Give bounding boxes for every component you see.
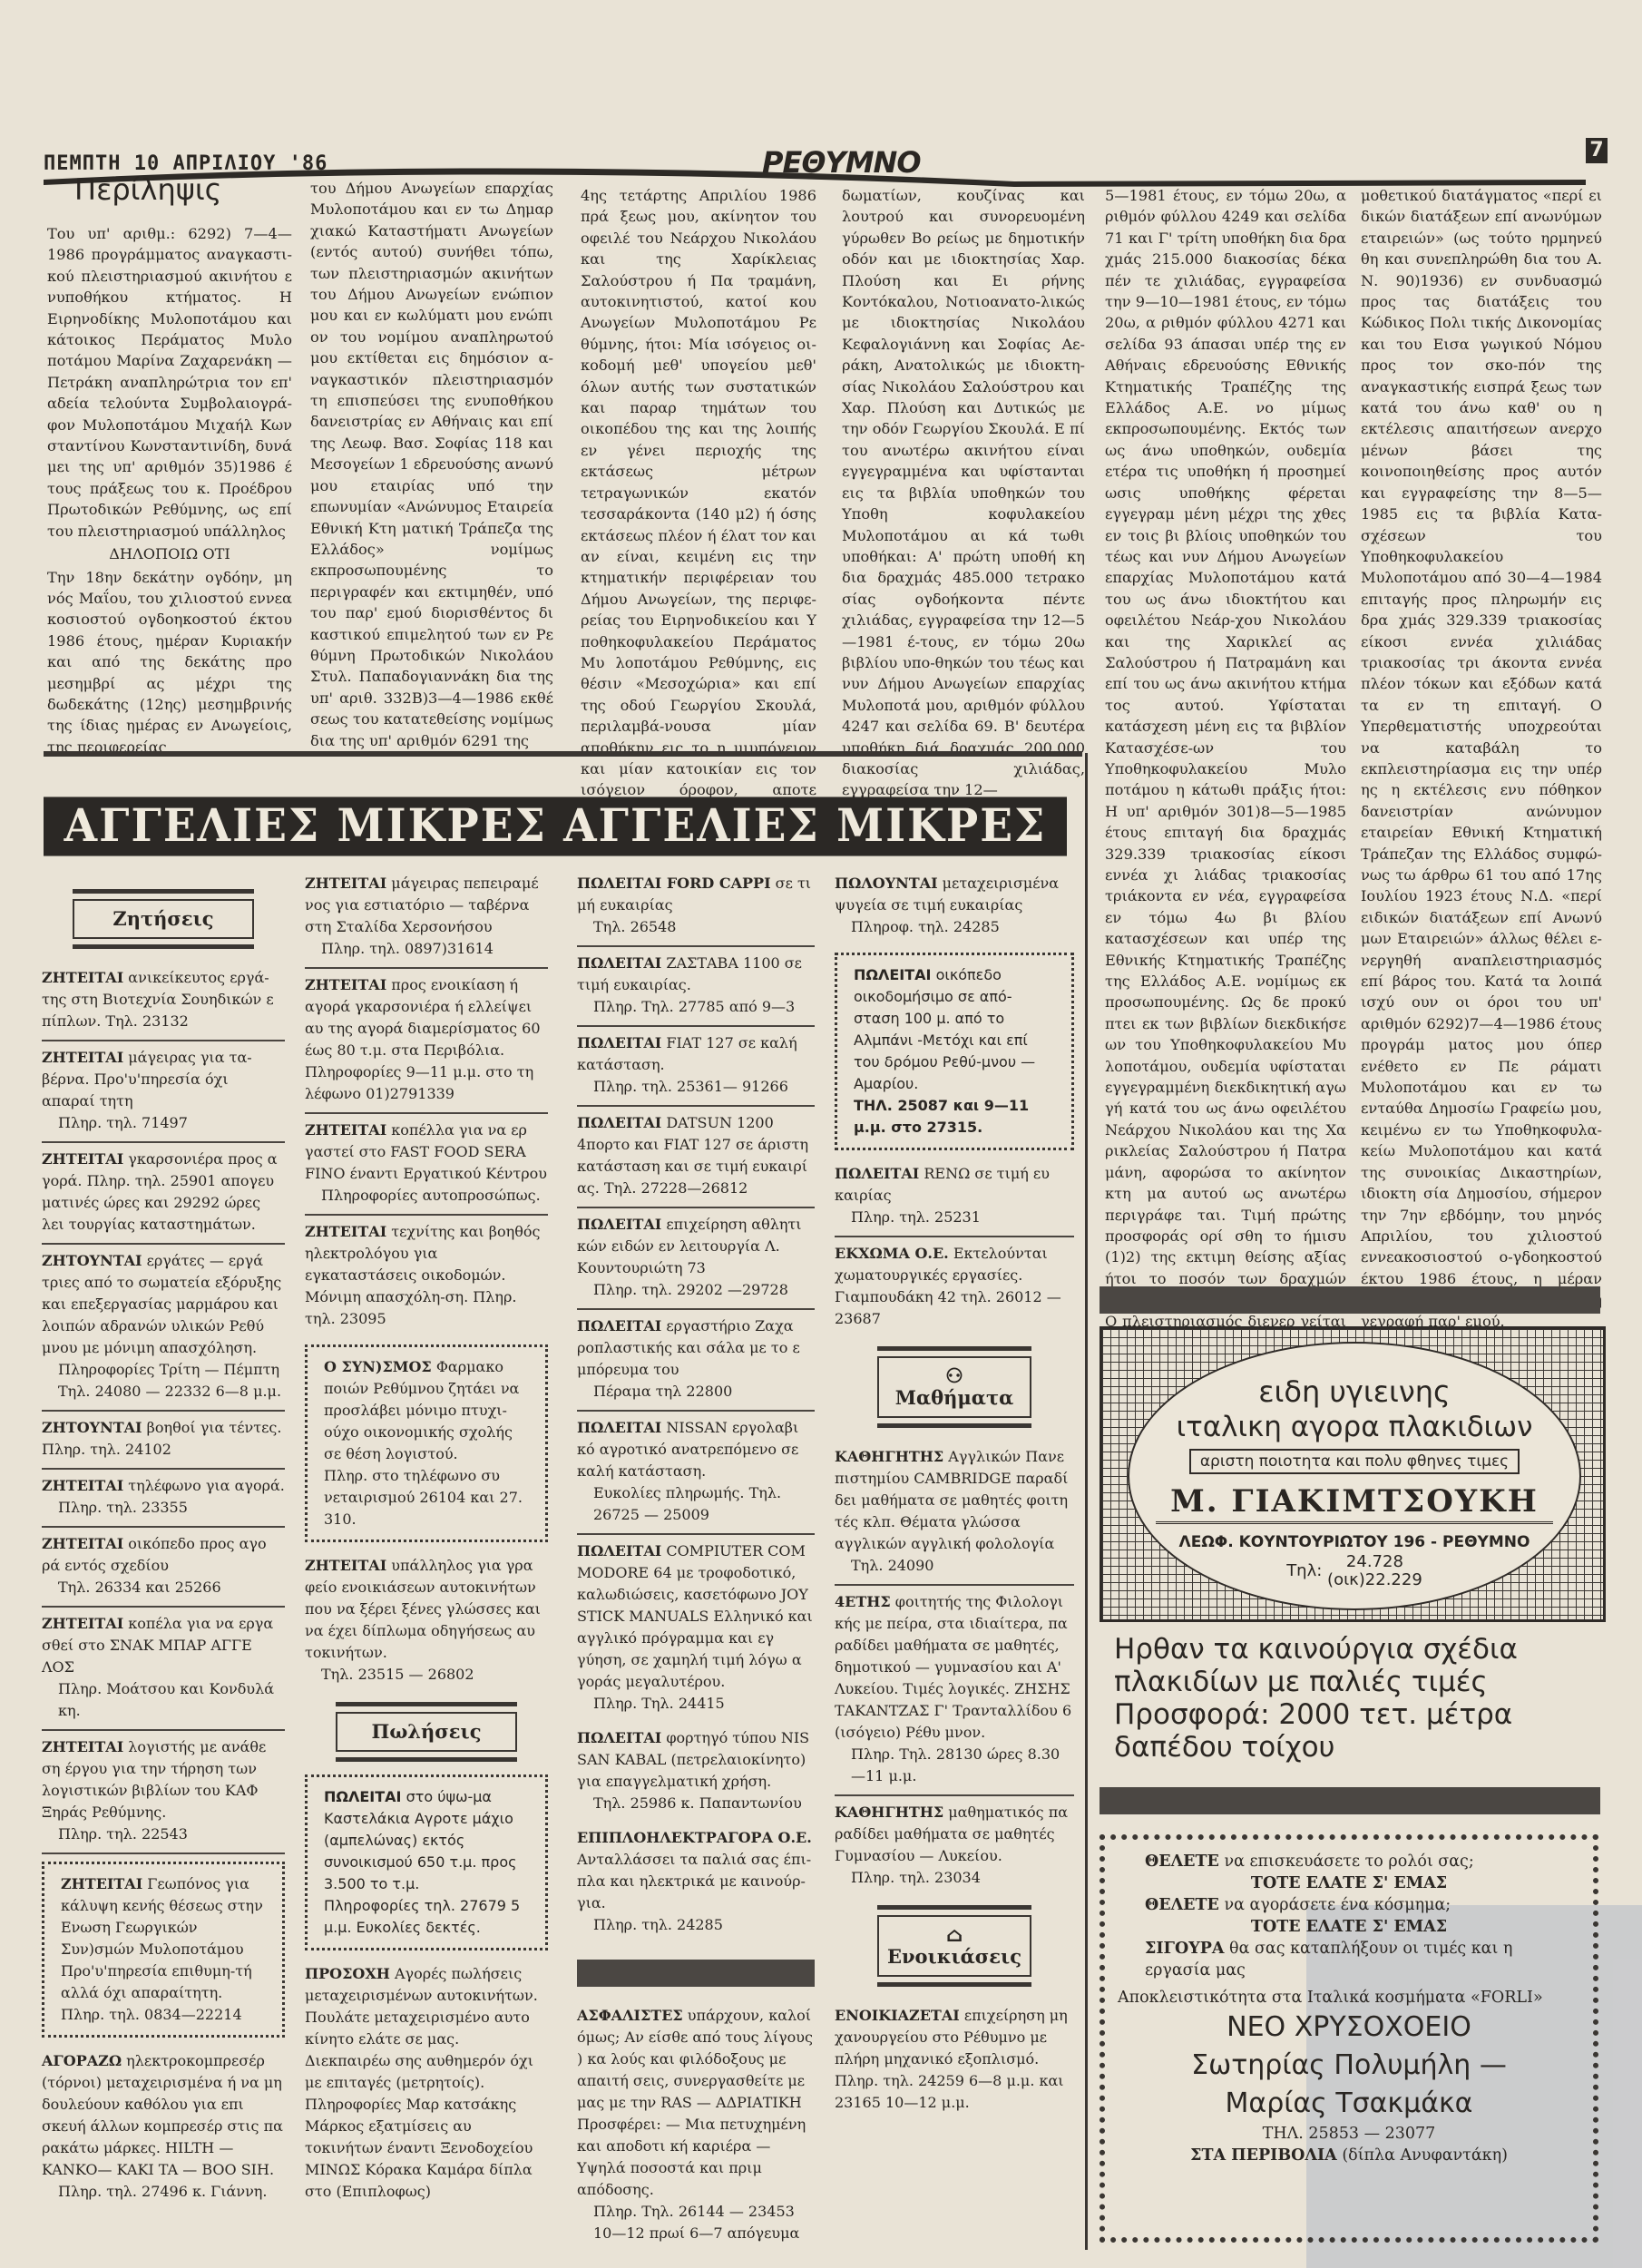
tile-promo-text: Ηρθαν τα καινούργια σχέδια πλακιδίων με … <box>1114 1633 1586 1764</box>
ad-tagline: αριστη ποιοτητα και πολυ φθηνες τιμες <box>1189 1449 1520 1474</box>
classified-ad: ΠΩΛΕΙΤΑΙ RENΩ σε τιμή ευ καιρίαςΠληρ. τη… <box>835 1158 1074 1237</box>
house-icon: ⌂ <box>879 1924 1030 1946</box>
classified-ad: ΖΗΤΕΙΤΑΙ κοπέλα για να εργα σθεί στο ΣΝΑ… <box>42 1608 285 1731</box>
classified-ad: ΑΣΦΑΛΙΣΤΕΣ υπάρχουν, καλοί όμως; Αν είσθ… <box>577 1999 815 2252</box>
section-header-sales: Πωλήσεις <box>336 1702 517 1762</box>
boxed-classified-ad: ΠΩΛΕΙΤΑΙ οικόπεδο οικοδομήσιμο σε από-στ… <box>835 953 1074 1150</box>
classified-ad: ΠΩΛΕΙΤΑΙ COMPIUTER COM MODORE 64 με τροφ… <box>577 1535 815 1722</box>
classified-ad: ΚΑΘΗΓΗΤΗΣ Αγγλικών Πανε πιστημίου CAMBRI… <box>835 1441 1074 1586</box>
classified-ad: ΖΗΤΕΙΤΑΙ λογιστής με ανάθε ση έργου για … <box>42 1731 285 1854</box>
classified-ad: ΖΗΤΕΙΤΑΙ μάγειρας για τα-βέρνα. Προ'υ'πη… <box>42 1041 285 1143</box>
article-text: μοθετικού διατάγματος «περί ει δικών δια… <box>1361 187 1602 1330</box>
article-title: Περίληψις <box>74 172 221 207</box>
gray-divider-band <box>1100 1787 1600 1814</box>
section-header-rentals: ⌂Ενοικιάσεις <box>877 1905 1031 1987</box>
article-subheading: ΔΗΛΟΠΟΙΩ ΟΤΙ <box>47 543 292 564</box>
page-number: 7 <box>1586 138 1608 163</box>
ad-phone: Τηλ: 24.728(οικ)22.229 <box>1129 1553 1579 1589</box>
section-divider <box>44 751 1082 757</box>
classified-ad: ΖΗΤΕΙΤΑΙ τηλέφωνο για αγορά.Πληρ. τηλ. 2… <box>42 1470 285 1528</box>
classified-ad: ΖΗΤΕΙΤΑΙ οικόπεδο προς αγο ρά εντός σχεδ… <box>42 1528 285 1608</box>
ad-line: ΤΟΤΕ ΕΛΑΤΕ Σ' ΕΜΑΣ <box>1118 1916 1580 1938</box>
tile-store-advertisement: ειδη υγιεινης ιταλικη αγορα πλακιδιων αρ… <box>1100 1326 1606 1622</box>
classified-ad: ΕΝΟΙΚΙΑΖΕΤΑΙ επιχείρηση μη χανουργείου σ… <box>835 1999 1074 2121</box>
owner-name: Σωτηρίας Πολυμήλη — <box>1118 2047 1580 2085</box>
ad-headline: ειδη υγιεινης <box>1129 1374 1579 1409</box>
classified-ad: 4ΕΤΗΣ φοιτητής της Φιλολογι κής με πείρα… <box>835 1586 1074 1796</box>
students-icon: ⚇ <box>879 1365 1030 1387</box>
article-text: Του υπ' αριθμ.: 6292) 7—4—1986 προγράμμα… <box>47 225 292 540</box>
classified-ad: ΖΗΤΕΙΤΑΙ προς ενοικίαση ή αγορά γκαρσονι… <box>305 969 548 1114</box>
classified-ad: ΠΩΛΕΙΤΑΙ επιχείρηση αθλητι κών ειδών εν … <box>577 1208 815 1310</box>
classified-ad: ΠΩΛΕΙΤΑΙ ΖΑΣΤΑΒΑ 1100 σε τιμή ευκαιρίας.… <box>577 947 815 1027</box>
classified-ad: ΠΩΛΕΙΤΑΙ FIAT 127 σε καλή κατάσταση.Πληρ… <box>577 1027 815 1107</box>
classifieds-column-2: ΖΗΤΕΙΤΑΙ μάγειρας πεπειραμέ νος για εστι… <box>305 867 548 2210</box>
classified-ad: ΖΗΤΟΥΝΤΑΙ βοηθοί για τέντες. Πληρ. τηλ. … <box>42 1412 285 1470</box>
classified-ad: ΑΓΟΡΑΖΩ ηλεκτροκομπρεσέρ (τόρνοι) μεταχε… <box>42 2045 285 2210</box>
boxed-classified-ad: ΠΩΛΕΙΤΑΙ στο ύψω-μα Καστελάκια Αγροτε μά… <box>305 1774 548 1950</box>
gray-divider-band <box>577 1960 815 1987</box>
classified-ad: ΖΗΤΕΙΤΑΙ κοπέλλα για να ερ γαστεί στο FA… <box>305 1114 548 1216</box>
boxed-classified-ad: Ο ΣΥΝ)ΣΜΟΣ Φαρμακο ποιών Ρεθύμνου ζητάει… <box>305 1344 548 1542</box>
column-divider <box>1085 753 1088 2250</box>
classified-ad: ΖΗΤΕΙΤΑΙ γκαρσονιέρα προς α γορά. Πληρ. … <box>42 1143 285 1245</box>
jewelry-advertisement: ΘΕΛΕΤΕ να επισκευάσετε το ρολόι σας; ΤΟΤ… <box>1100 1834 1598 2243</box>
classified-ad: ΠΩΛΕΙΤΑΙ εργαστήριο Ζαχα ροπλαστικής και… <box>577 1310 815 1412</box>
article-text: Την 18ην δεκάτην ογδόην, μη νός Μαΐου, τ… <box>47 569 292 756</box>
ad-line: Αποκλειστικότητα στα Ιταλικά κοσμήματα «… <box>1118 1987 1580 2009</box>
article-column-2: του Δήμου Ανωγείων επαρχίας Μυλοποτάμου … <box>310 178 553 751</box>
classified-ad: ΚΑΘΗΓΗΤΗΣ μαθηματικός πα ραδίδει μαθήματ… <box>835 1796 1074 1896</box>
classified-ad: ΠΩΛΕΙΤΑΙ FORD CAPPI σε τι μή ευκαιρίαςΤη… <box>577 867 815 947</box>
ad-brand-name: Μ. ΓΙΑΚΙΜΤΣΟΥΚΗ <box>1156 1483 1553 1524</box>
classifieds-column-1: Ζητήσεις ΖΗΤΕΙΤΑΙ ανικείκευτος εργά-της … <box>42 880 285 2210</box>
article-column-4: δωματίων, κουζίνας και λουτρού και συνορ… <box>842 185 1085 801</box>
section-header-lessons: ⚇Μαθήματα <box>877 1346 1031 1428</box>
classified-ad: ΠΡΟΣΟΧΗ Αγορές πωλήσεις μεταχειρισμένων … <box>305 1958 548 2210</box>
classified-ad: ΖΗΤΕΙΤΑΙ μάγειρας πεπειραμέ νος για εστι… <box>305 867 548 969</box>
gray-divider-band <box>1100 1286 1600 1314</box>
classified-ad: ΕΠΙΠΛΟΗΛΕΚΤΡΑΓΟΡΑ Ο.Ε. Ανταλλάσσει τα πα… <box>577 1822 815 1943</box>
classified-ad: ΖΗΤΟΥΝΤΑΙ εργάτες — εργά τριες από το σω… <box>42 1245 285 1412</box>
ad-address: ΛΕΩΦ. ΚΟΥΝΤΟΥΡΙΩΤΟΥ 196 - ΡΕΘΥΜΝΟ <box>1129 1533 1579 1551</box>
classifieds-column-4: ΠΩΛΟΥΝΤΑΙ μεταχειρισμένα ψυγεία σε τιμή … <box>835 867 1074 2121</box>
ad-subheadline: ιταλικη αγορα πλακιδιων <box>1129 1411 1579 1443</box>
ad-line: ΘΕΛΕΤΕ να επισκευάσετε το ρολόι σας; <box>1118 1851 1580 1872</box>
owner-name: Μαρίας Τσακμάκα <box>1118 2085 1580 2123</box>
article-column-5: 5—1981 έτους, εν τόμω 20ω, α ριθμόν φύλλ… <box>1105 185 1346 1374</box>
masthead-rule <box>44 152 1595 189</box>
shop-phone: ΤΗΛ. 25853 — 23077 <box>1118 2123 1580 2145</box>
article-column-1: Του υπ' αριθμ.: 6292) 7—4—1986 προγράμμα… <box>47 223 292 758</box>
article-column-3: 4ης τετάρτης Απριλίου 1986 πρά ξεως μου,… <box>581 185 816 822</box>
section-header-wanted: Ζητήσεις <box>73 889 254 949</box>
ad-line: ΘΕΛΕΤΕ να αγοράσετε ένα κόσμημα; <box>1118 1894 1580 1916</box>
classified-ad: ΠΩΛΕΙΤΑΙ DATSUN 1200 4πορτο και FIAT 127… <box>577 1107 815 1208</box>
classified-ad: ΠΩΛΟΥΝΤΑΙ μεταχειρισμένα ψυγεία σε τιμή … <box>835 867 1074 945</box>
shop-location: ΣΤΑ ΠΕΡΙΒΟΛΙΑ (δίπλα Ανυφαντάκη) <box>1118 2145 1580 2166</box>
classified-ad: ΖΗΤΕΙΤΑΙ ανικείκευτος εργά-της στη Βιοτε… <box>42 962 285 1041</box>
shop-name: ΝΕΟ ΧΡΥΣΟΧΟΕΙΟ <box>1118 2009 1580 2047</box>
article-column-6: μοθετικού διατάγματος «περί ει δικών δια… <box>1361 185 1602 1422</box>
classified-ad: ΖΗΤΕΙΤΑΙ υπάλληλος για γρα φείο ενοικιάσ… <box>305 1549 548 1693</box>
ad-line: ΤΟΤΕ ΕΛΑΤΕ Σ' ΕΜΑΣ <box>1118 1872 1580 1894</box>
boxed-classified-ad: ΖΗΤΕΙΤΑΙ Γεωπόνος για κάλυψη κενής θέσεω… <box>42 1862 285 2038</box>
classifieds-column-3: ΠΩΛΕΙΤΑΙ FORD CAPPI σε τι μή ευκαιρίαςΤη… <box>577 867 815 2252</box>
classified-ad: ΖΗΤΕΙΤΑΙ τεχνίτης και βοηθός ηλεκτρολόγο… <box>305 1216 548 1337</box>
classifieds-banner: ΑΓΓΕΛΙΕΣ ΜΙΚΡΕΣ ΑΓΓΕΛΙΕΣ ΜΙΚΡΕΣ <box>44 797 1067 855</box>
ad-line: ΣΙΓΟΥΡΑ θα σας καταπλήξουν οι τιμές και … <box>1118 1938 1580 1981</box>
classified-ad: ΠΩΛΕΙΤΑΙ NISSAN εργολαβι κό αγροτικό ανα… <box>577 1412 815 1535</box>
classified-ad: ΕΚΧΩΜΑ Ο.Ε. Εκτελούνται χωματουργικές ερ… <box>835 1237 1074 1337</box>
classified-ad: ΠΩΛΕΙΤΑΙ φορτηγό τύπου NIS SAN KABAL (πε… <box>577 1722 815 1822</box>
